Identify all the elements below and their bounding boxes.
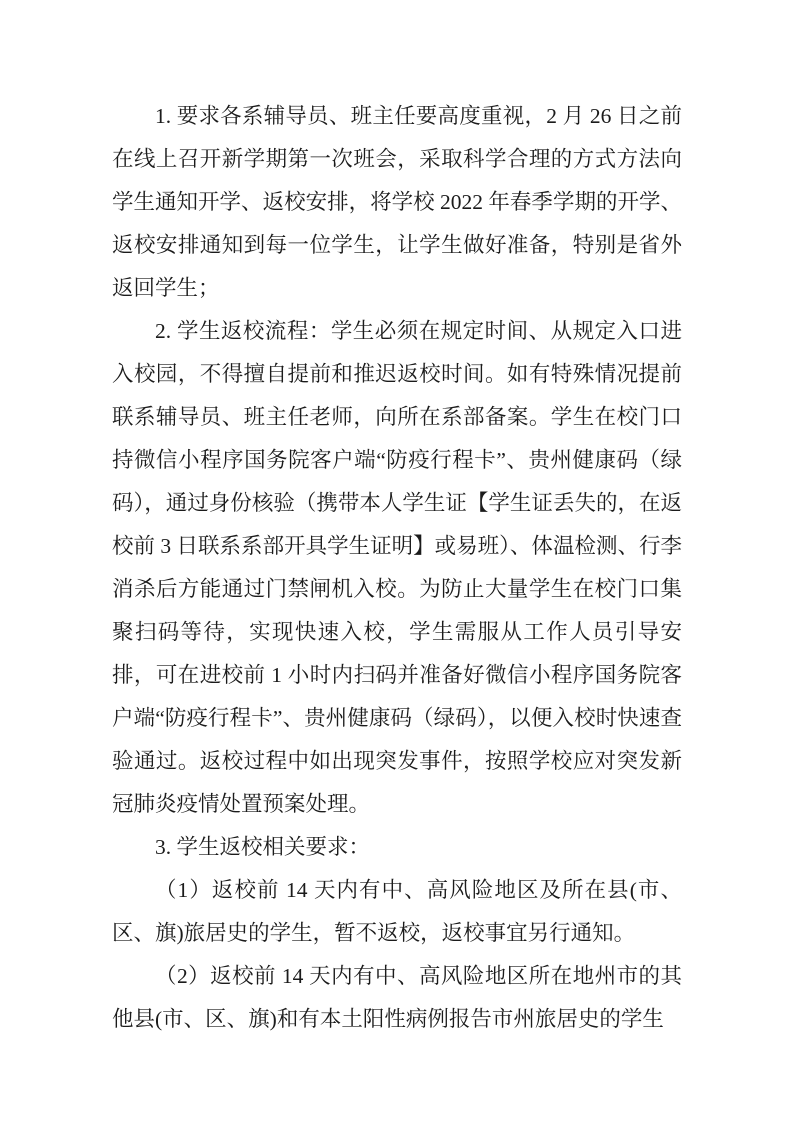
document-text-block: 1. 要求各系辅导员、班主任要高度重视，2 月 26 日之前在线上召开新学期第一… [112, 95, 682, 1041]
paragraph-2-return-procedure: 2. 学生返校流程：学生必须在规定时间、从规定入口进入校园，不得擅自提前和推迟返… [112, 310, 682, 826]
paragraph-5-requirement-item-2: （2）返校前 14 天内有中、高风险地区所在地州市的其他县(市、区、旗)和有本土… [112, 955, 682, 1041]
paragraph-3-return-requirements-heading: 3. 学生返校相关要求： [112, 826, 682, 869]
paragraph-4-requirement-item-1: （1）返校前 14 天内有中、高风险地区及所在县(市、区、旗)旅居史的学生，暂不… [112, 869, 682, 955]
paragraph-1-notify-students: 1. 要求各系辅导员、班主任要高度重视，2 月 26 日之前在线上召开新学期第一… [112, 95, 682, 310]
document-page: 1. 要求各系辅导员、班主任要高度重视，2 月 26 日之前在线上召开新学期第一… [0, 0, 793, 1122]
